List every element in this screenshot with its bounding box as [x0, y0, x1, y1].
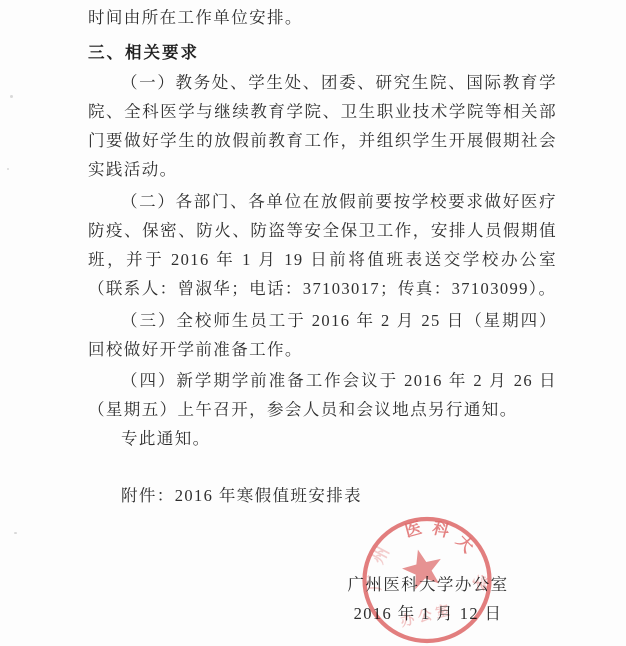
closing-line: 专此通知。: [88, 424, 557, 453]
paragraph-item-3: （三）全校师生员工于 2016 年 2 月 25 日（星期四）回校做好开学前准备…: [88, 306, 557, 364]
official-seal: 广州 医科大 学 办公室: [361, 516, 493, 646]
scan-speckle: [14, 532, 17, 534]
paragraph-item-2: （二）各部门、各单位在放假前要按学校要求做好医疗防疫、保密、防火、防盗等安全保卫…: [88, 187, 557, 303]
section-heading: 三、相关要求: [88, 39, 557, 68]
star-icon: [399, 545, 447, 592]
seal-arc-text: 广州 医科大 学: [364, 517, 491, 592]
scan-speckle: [10, 95, 13, 98]
scan-speckle: [7, 168, 9, 170]
seal-bottom-text: 办公室: [399, 601, 456, 631]
document-page: 时间由所在工作单位安排。 三、相关要求 （一）教务处、学生处、团委、研究生院、国…: [0, 0, 626, 646]
notice-body: 时间由所在工作单位安排。 三、相关要求 （一）教务处、学生处、团委、研究生院、国…: [88, 0, 557, 510]
paragraph-item-4: （四）新学期学前准备工作会议于 2016 年 2 月 26 日（星期五）上午召开…: [88, 366, 557, 424]
attachment-line: 附件：2016 年寒假值班安排表: [88, 481, 557, 510]
paragraph-continuation: 时间由所在工作单位安排。: [88, 3, 557, 32]
paragraph-item-1: （一）教务处、学生处、团委、研究生院、国际教育学院、全科医学与继续教育学院、卫生…: [88, 68, 557, 184]
